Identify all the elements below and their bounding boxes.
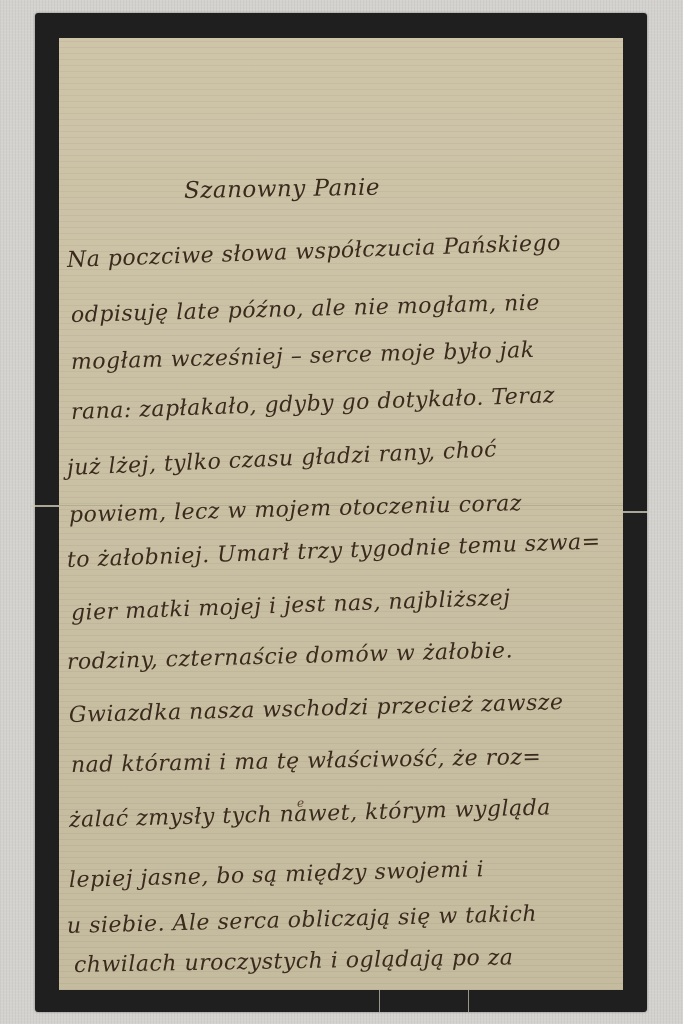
fold-crease-right [620,511,650,513]
letter-line: żalać zmysły tych nawet, którym wygląda [69,795,552,833]
letter-line: mogłam wcześniej – serce moje było jak [71,338,535,375]
interlinear-mark: e [297,796,304,810]
letter-line: lepiej jasne, bo są między swojemi i [69,857,485,893]
letter-line: rodziny, czternaście domów w żałobie. [67,638,514,675]
letter-line: chwilach uroczystych i oglądają po za [74,945,514,978]
letter-line: już lżej, tylko czasu gładzi rany, choć [66,437,497,481]
letter-salutation: Szanowny Panie [184,175,380,204]
letter-line: powiem, lecz w mojem otoczeniu coraz [69,491,523,528]
letter-line: nad którami i ma tę właściwość, że roz= [71,745,542,778]
letter-paper: Szanowny Panie Na poczciwe słowa współcz… [59,38,623,990]
border-tear [468,990,469,1012]
letter-line: odpisuję late późno, ale nie mogłam, nie [71,291,540,328]
letter-line: Na poczciwe słowa współczucia Pańskiego [67,231,562,273]
letter-line: to żałobniej. Umarł trzy tygodnie temu s… [67,529,601,573]
letter-line: Gwiazdka nasza wschodzi przecież zawsze [69,690,564,728]
letter-line: rana: zapłakało, gdyby go dotykało. Tera… [71,383,556,425]
letter-line: u siebie. Ale serca obliczają się w taki… [67,902,538,939]
border-tear [379,990,380,1012]
letter-line: gier matki mojej i jest nas, najbliższej [71,586,511,626]
